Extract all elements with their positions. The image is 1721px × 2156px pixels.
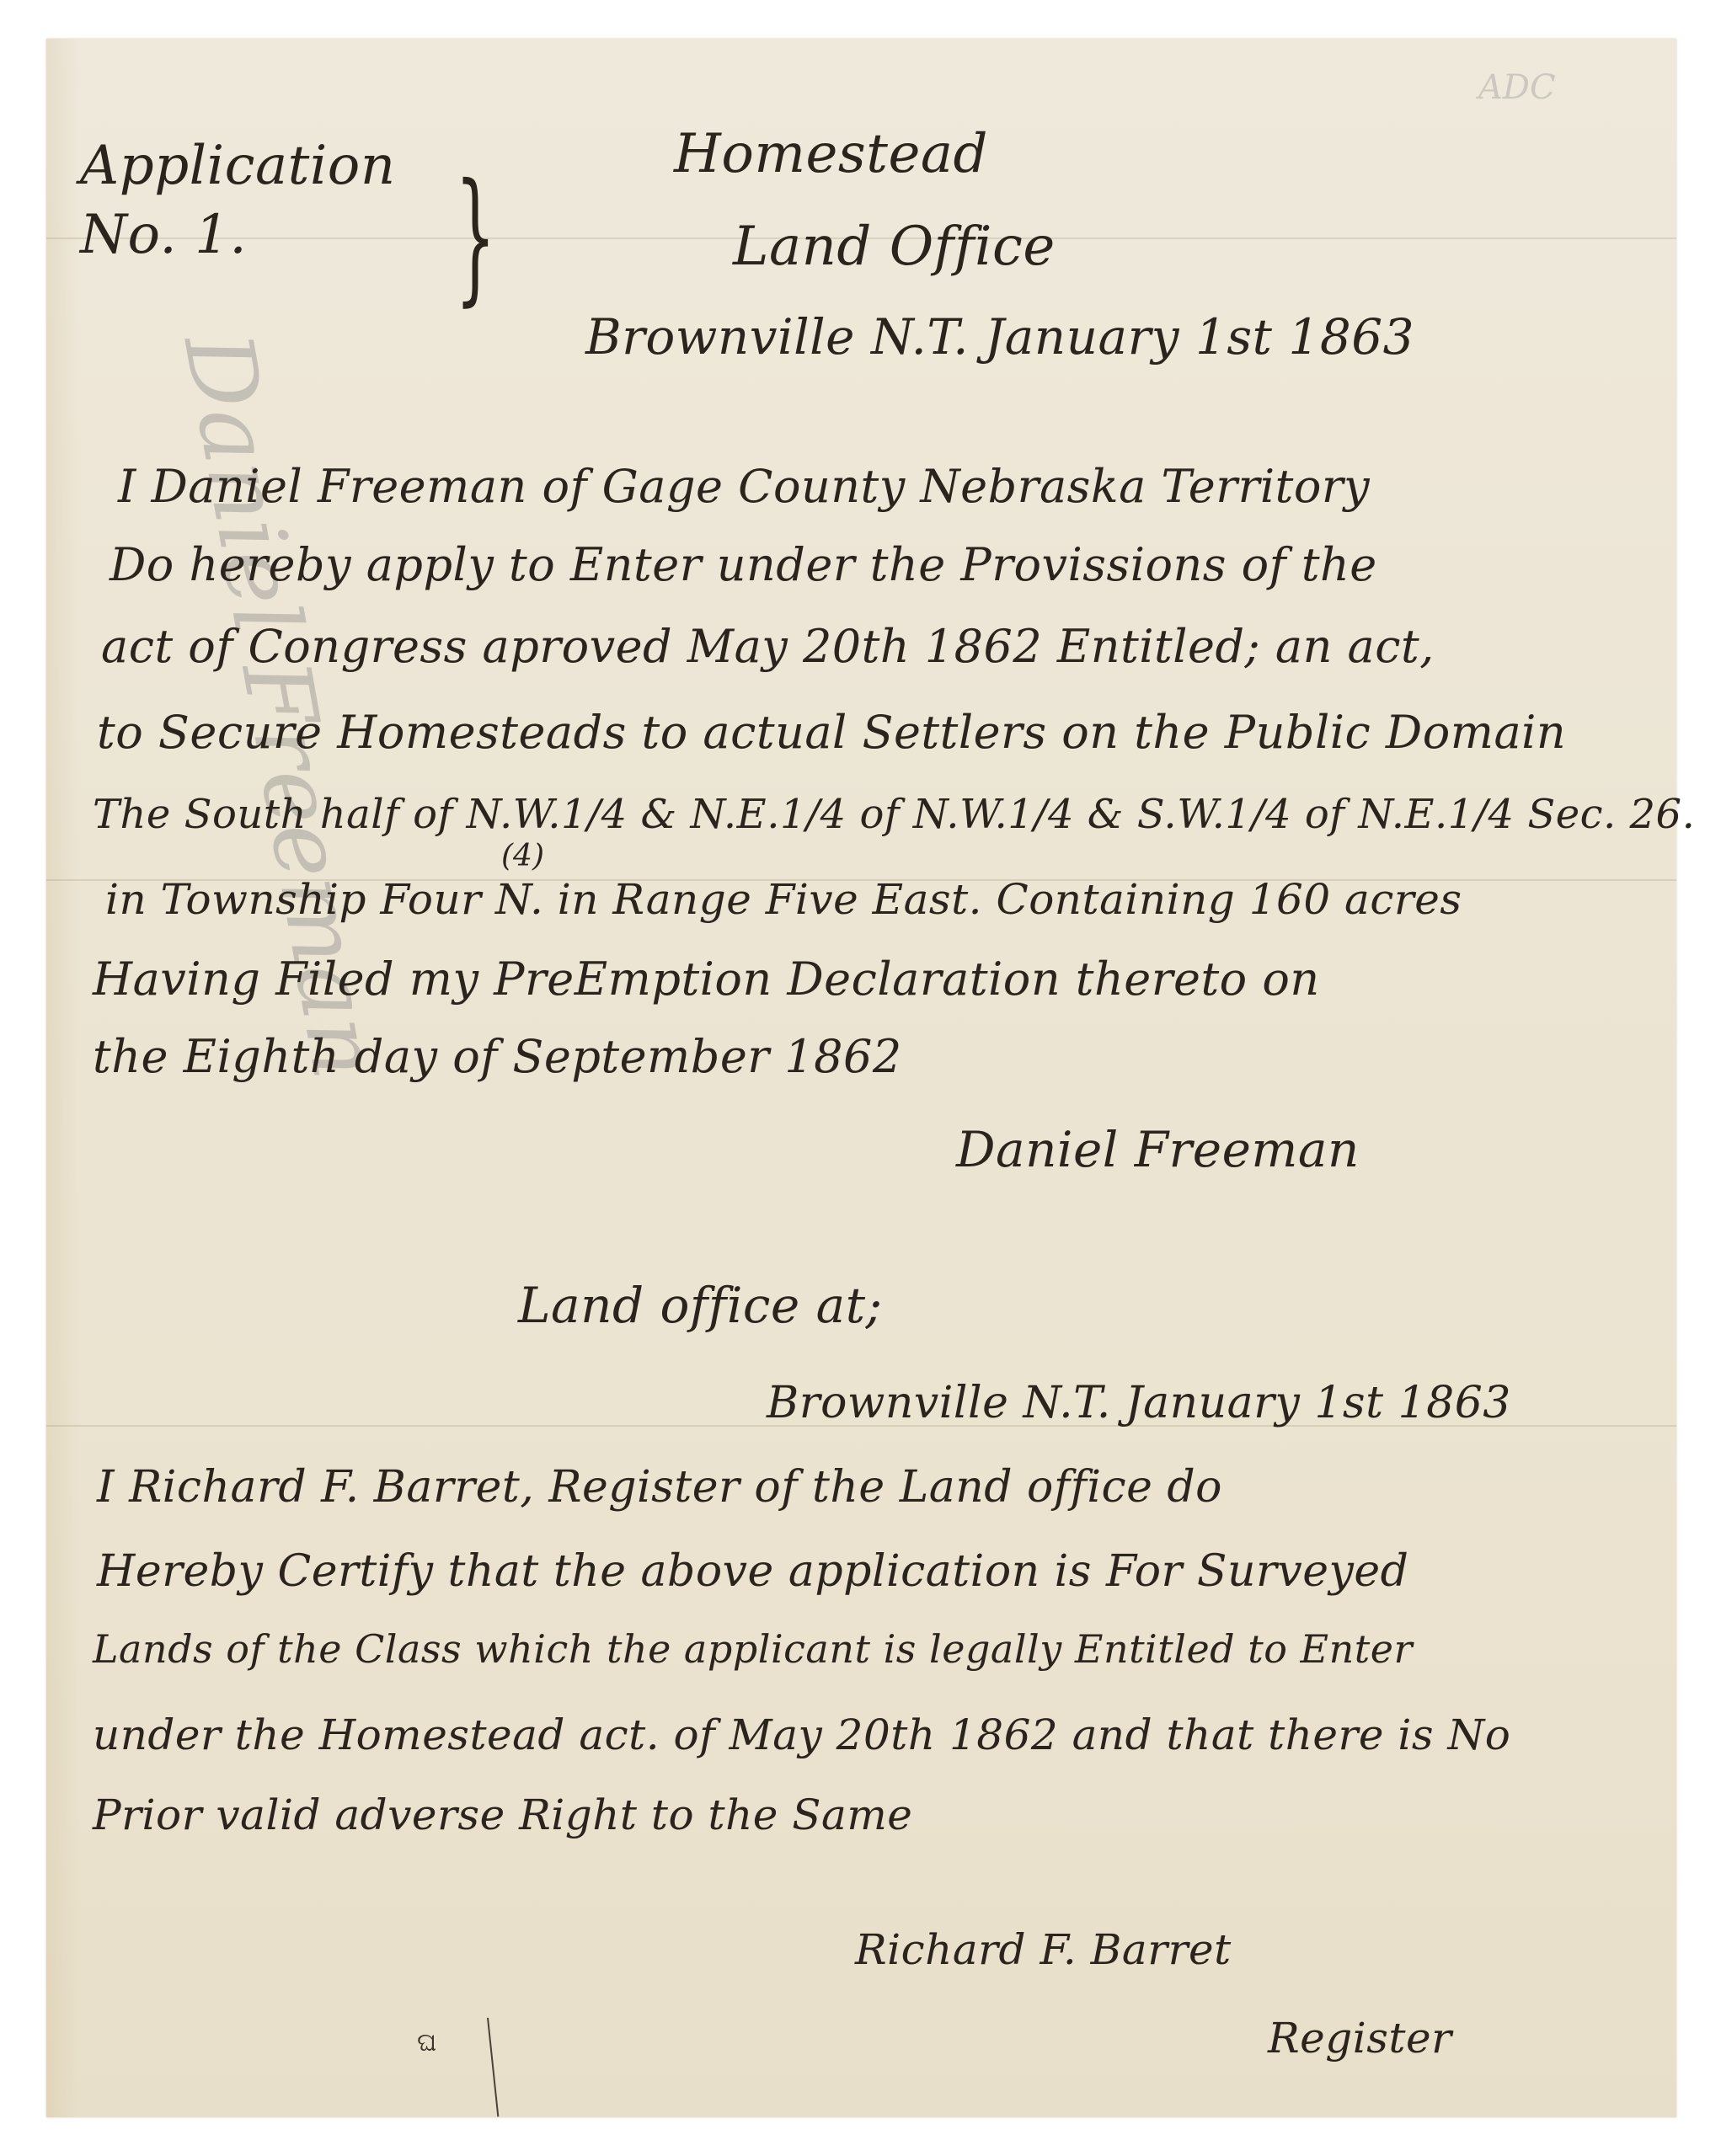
- application-line: act of Congress aproved May 20th 1862 En…: [101, 620, 1435, 673]
- certificate-line: under the Homestead act. of May 20th 186…: [93, 1710, 1510, 1759]
- register-title: Register: [1268, 2014, 1451, 2063]
- register-signature: Richard F. Barret: [855, 1925, 1232, 1974]
- document-paper: Daniel Freeman ADC Application No. 1. } …: [46, 39, 1676, 2117]
- application-label-line1: Application: [80, 131, 396, 200]
- certificate-line: Prior valid adverse Right to the Same: [93, 1790, 912, 1839]
- interlinear-insert: (4): [501, 839, 544, 873]
- bottom-pen-stroke: [487, 2018, 499, 2117]
- applicant-signature: Daniel Freeman: [956, 1121, 1360, 1178]
- application-line: to Secure Homesteads to actual Settlers …: [97, 706, 1566, 759]
- certificate-line: Hereby Certify that the above applicatio…: [97, 1546, 1408, 1597]
- office-title-homestead: Homestead: [674, 123, 988, 185]
- application-line: Having Filed my PreEmption Declaration t…: [93, 953, 1320, 1006]
- application-line: in Township Four N. in Range Five East. …: [105, 875, 1462, 924]
- application-label: Application No. 1.: [80, 131, 396, 269]
- application-line: Do hereby apply to Enter under the Provi…: [110, 538, 1377, 591]
- application-line: the Eighth day of September 1862: [93, 1030, 902, 1083]
- application-line: The South half of N.W.1/4 & N.E.1/4 of N…: [93, 791, 1695, 838]
- certificate-place-date: Brownville N.T. January 1st 1863: [767, 1378, 1511, 1428]
- brace-glyph: }: [455, 165, 496, 308]
- application-line: I Daniel Freeman of Gage County Nebraska…: [118, 460, 1370, 513]
- certificate-header: Land office at;: [518, 1277, 883, 1334]
- office-title-land-office: Land Office: [733, 216, 1056, 278]
- corner-pencil-mark: ADC: [1478, 68, 1556, 107]
- header-place-date: Brownville N.T. January 1st 1863: [585, 308, 1414, 366]
- application-number: No. 1.: [80, 200, 396, 269]
- certificate-line: I Richard F. Barret, Register of the Lan…: [97, 1462, 1222, 1513]
- bottom-tick-mark: ଘ: [417, 2028, 436, 2057]
- certificate-line: Lands of the Class which the applicant i…: [93, 1626, 1413, 1672]
